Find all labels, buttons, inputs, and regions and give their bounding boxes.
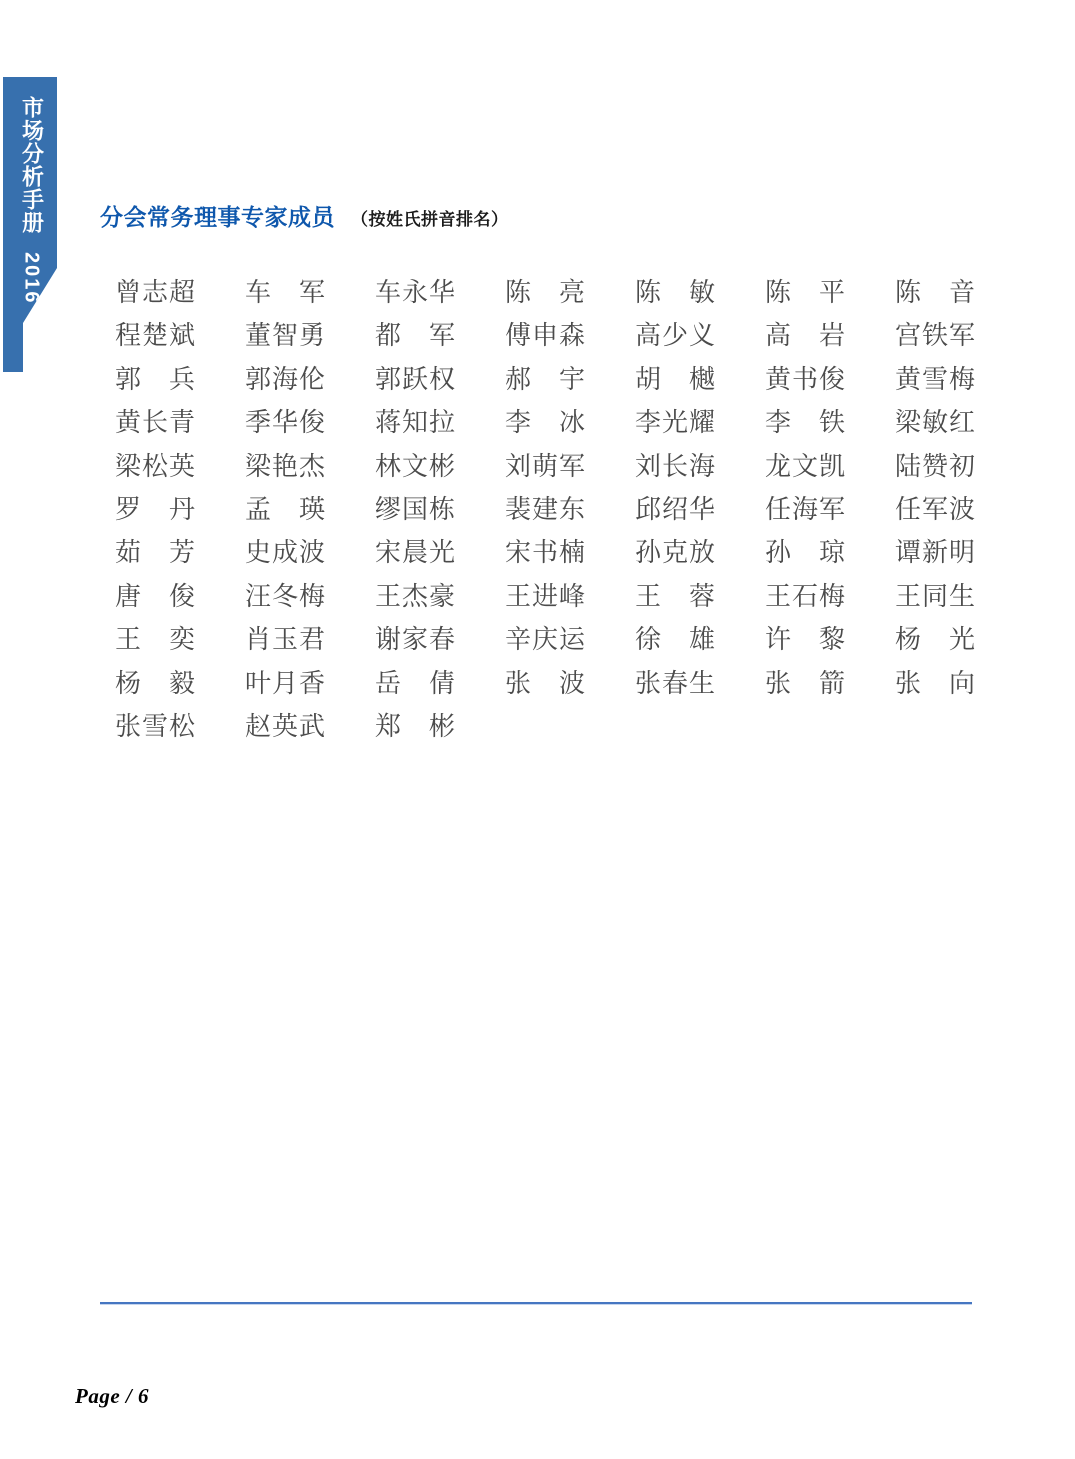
member-name: 叶月香: [245, 670, 375, 696]
member-name: 谢家春: [375, 626, 505, 652]
member-name: 裴建东: [505, 496, 635, 522]
member-name: 许 黎: [765, 626, 895, 652]
member-name: 孙克放: [635, 539, 765, 565]
member-name: 宋晨光: [375, 539, 505, 565]
member-name: 梁艳杰: [245, 453, 375, 479]
member-name: 郭 兵: [115, 366, 245, 392]
member-name: 林文彬: [375, 453, 505, 479]
document-page: 市场分析手册 2016 分会常务理事专家成员（按姓氏拼音排名） 曾志超车 军车永…: [0, 0, 1075, 1459]
member-name: 赵英武: [245, 713, 375, 739]
member-name: 刘萌军: [505, 453, 635, 479]
member-name: 辛庆运: [505, 626, 635, 652]
member-name: 张 箭: [765, 670, 895, 696]
member-name: 梁敏红: [895, 409, 1025, 435]
member-name: 董智勇: [245, 322, 375, 348]
member-name: 谭新明: [895, 539, 1025, 565]
member-name: 张 波: [505, 670, 635, 696]
member-name: 都 军: [375, 322, 505, 348]
sidebar-handbook-title: 市场分析手册: [20, 96, 45, 234]
member-name: 黄书俊: [765, 366, 895, 392]
member-name: 缪国栋: [375, 496, 505, 522]
member-name: 梁松英: [115, 453, 245, 479]
member-name: 唐 俊: [115, 583, 245, 609]
section-heading: 分会常务理事专家成员（按姓氏拼音排名）: [100, 199, 509, 232]
member-name: 黄长青: [115, 409, 245, 435]
member-name: 陈 音: [895, 279, 1025, 305]
member-name: 陈 亮: [505, 279, 635, 305]
member-name: 张 向: [895, 670, 1025, 696]
member-name: 胡 樾: [635, 366, 765, 392]
member-name: 黄雪梅: [895, 366, 1025, 392]
member-name: 李光耀: [635, 409, 765, 435]
member-name: 蒋知拉: [375, 409, 505, 435]
member-name: 高少义: [635, 322, 765, 348]
member-name: 杨 光: [895, 626, 1025, 652]
member-name: 宫铁军: [895, 322, 1025, 348]
member-name: 李 铁: [765, 409, 895, 435]
member-name: 龙文凯: [765, 453, 895, 479]
sidebar-year: 2016: [20, 252, 43, 305]
sidebar-ribbon: 市场分析手册 2016: [3, 77, 57, 372]
member-name: 陈 敏: [635, 279, 765, 305]
page-number: Page / 6: [75, 1384, 149, 1409]
sidebar-vertical-text: 市场分析手册 2016: [17, 96, 48, 305]
member-name: 李 冰: [505, 409, 635, 435]
footer-divider: [100, 1302, 972, 1305]
member-name: 徐 雄: [635, 626, 765, 652]
member-name: 曾志超: [115, 279, 245, 305]
member-name: 王石梅: [765, 583, 895, 609]
member-name: 车 军: [245, 279, 375, 305]
member-name: 罗 丹: [115, 496, 245, 522]
member-name: 郑 彬: [375, 713, 505, 739]
member-name: 傅申森: [505, 322, 635, 348]
member-name: 王 蓉: [635, 583, 765, 609]
member-name: 汪冬梅: [245, 583, 375, 609]
member-name: 车永华: [375, 279, 505, 305]
member-name: 邱绍华: [635, 496, 765, 522]
member-name: 史成波: [245, 539, 375, 565]
member-name: 王杰豪: [375, 583, 505, 609]
member-name: 岳 倩: [375, 670, 505, 696]
member-name: 宋书楠: [505, 539, 635, 565]
member-name: 陆赞初: [895, 453, 1025, 479]
member-name: 陈 平: [765, 279, 895, 305]
member-name: 季华俊: [245, 409, 375, 435]
member-name: 王 奕: [115, 626, 245, 652]
member-name: 刘长海: [635, 453, 765, 479]
section-note: （按姓氏拼音排名）: [351, 210, 509, 229]
member-name: 孙 琼: [765, 539, 895, 565]
member-name: 茹 芳: [115, 539, 245, 565]
member-name: 王同生: [895, 583, 1025, 609]
member-name: 郭海伦: [245, 366, 375, 392]
member-name: 杨 毅: [115, 670, 245, 696]
members-grid: 曾志超车 军车永华陈 亮陈 敏陈 平陈 音程楚斌董智勇都 军傅申森高少义高 岩宫…: [115, 279, 1025, 756]
member-name: 郭跃权: [375, 366, 505, 392]
member-name: 张春生: [635, 670, 765, 696]
member-name: 任军波: [895, 496, 1025, 522]
member-name: 郝 宇: [505, 366, 635, 392]
member-name: 肖玉君: [245, 626, 375, 652]
section-title: 分会常务理事专家成员: [100, 204, 335, 230]
member-name: 王进峰: [505, 583, 635, 609]
member-name: 程楚斌: [115, 322, 245, 348]
member-name: 张雪松: [115, 713, 245, 739]
member-name: 任海军: [765, 496, 895, 522]
member-name: 高 岩: [765, 322, 895, 348]
member-name: 孟 瑛: [245, 496, 375, 522]
